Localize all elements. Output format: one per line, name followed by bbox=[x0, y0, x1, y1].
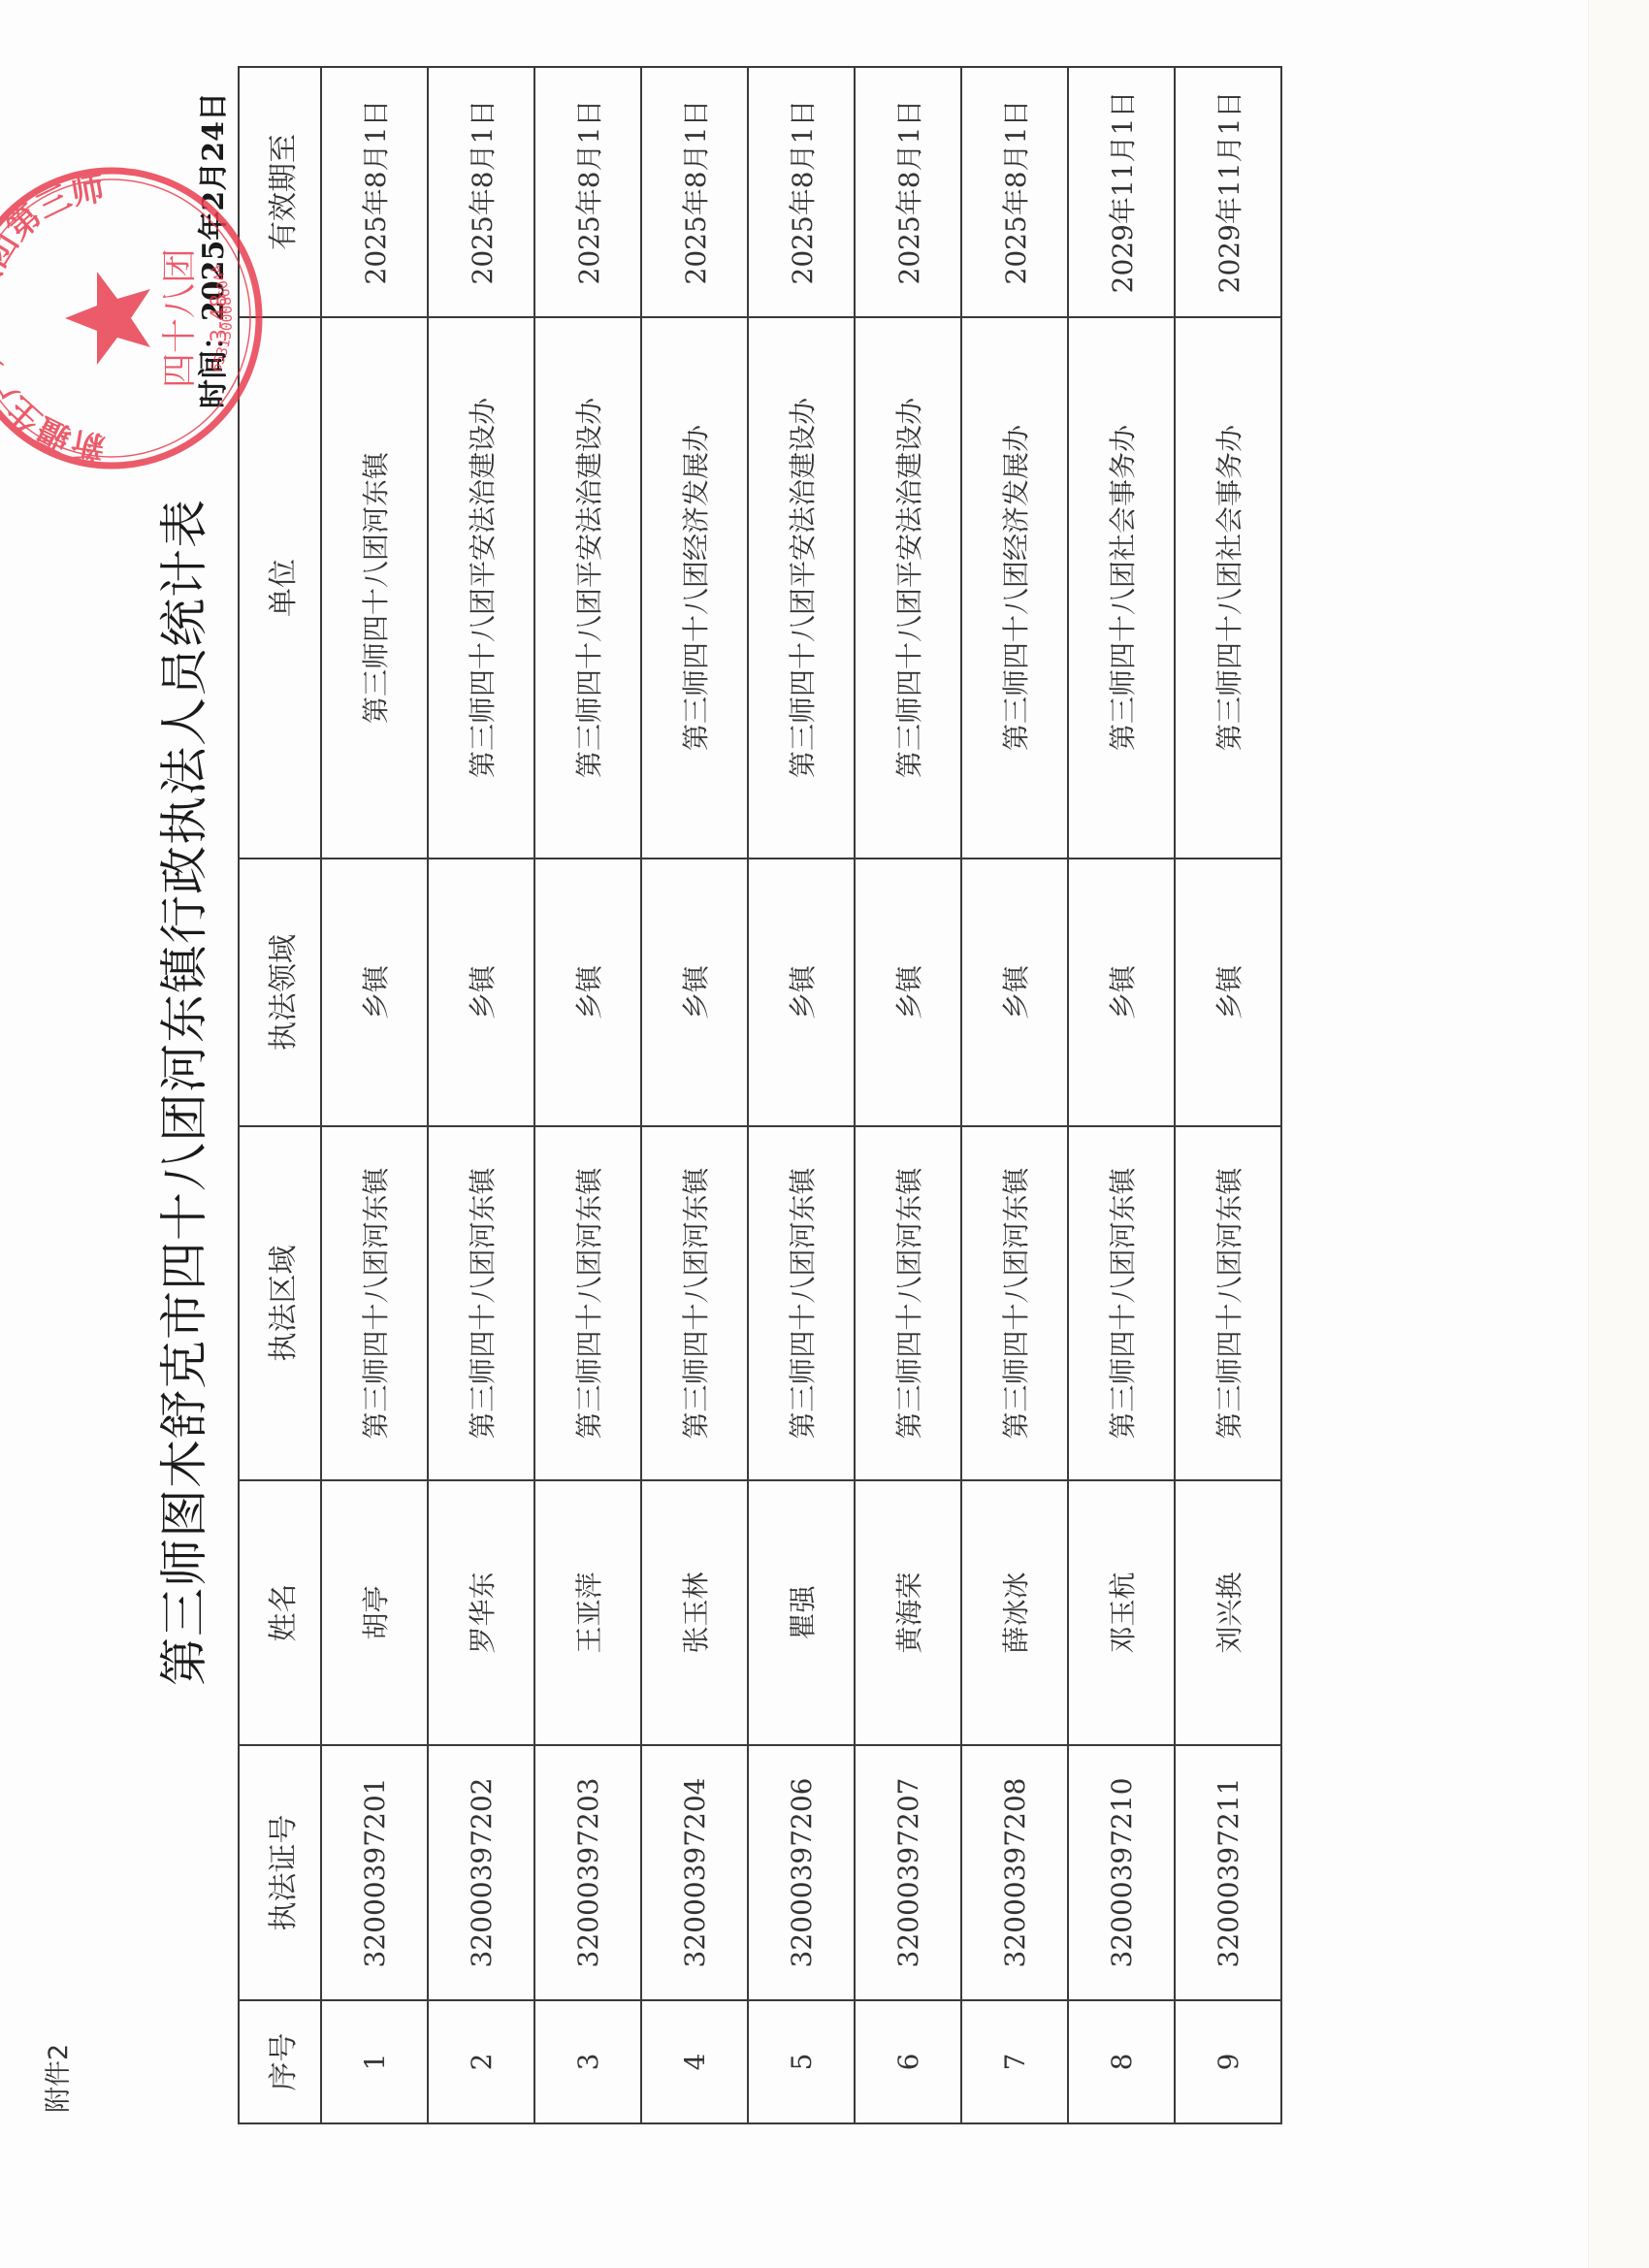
cell-valid-until: 2025年8月1日 bbox=[321, 67, 428, 317]
table-row: 132000397201胡亭第三师四十八团河东镇乡镇第三师四十八团河东镇2025… bbox=[321, 67, 428, 2123]
cell-unit: 第三师四十八团平安法治建设办 bbox=[748, 317, 855, 859]
cell-enforcement-area: 第三师四十八团河东镇 bbox=[1175, 1126, 1281, 1480]
cell-enforcement-area: 第三师四十八团河东镇 bbox=[1068, 1126, 1175, 1480]
cell-valid-until: 2025年8月1日 bbox=[534, 67, 641, 317]
cell-unit: 第三师四十八团平安法治建设办 bbox=[428, 317, 534, 859]
cell-enforcement-field: 乡镇 bbox=[961, 859, 1068, 1126]
document-date: 时间：2025年2月24日 bbox=[189, 92, 232, 408]
cell-serial: 5 bbox=[748, 2000, 855, 2123]
cell-valid-until: 2025年8月1日 bbox=[855, 67, 961, 317]
cell-serial: 3 bbox=[534, 2000, 641, 2123]
cell-unit: 第三师四十八团平安法治建设办 bbox=[855, 317, 961, 859]
cell-serial: 8 bbox=[1068, 2000, 1175, 2123]
date-value: 2025年2月24日 bbox=[197, 92, 231, 321]
cell-unit: 第三师四十八团社会事务办 bbox=[1175, 317, 1281, 859]
cell-enforcement-area: 第三师四十八团河东镇 bbox=[748, 1126, 855, 1480]
cell-enforcement-area: 第三师四十八团河东镇 bbox=[641, 1126, 748, 1480]
table-row: 232000397202罗华东第三师四十八团河东镇乡镇第三师四十八团平安法治建设… bbox=[428, 67, 534, 2123]
cell-enforcement-area: 第三师四十八团河东镇 bbox=[855, 1126, 961, 1480]
cell-enforcement-field: 乡镇 bbox=[855, 859, 961, 1126]
cell-cert-number: 32000397201 bbox=[321, 1745, 428, 2000]
header-name: 姓名 bbox=[239, 1480, 321, 1745]
cell-serial: 6 bbox=[855, 2000, 961, 2123]
cell-valid-until: 2025年8月1日 bbox=[961, 67, 1068, 317]
cell-cert-number: 32000397203 bbox=[534, 1745, 641, 2000]
cell-enforcement-field: 乡镇 bbox=[534, 859, 641, 1126]
cell-enforcement-area: 第三师四十八团河东镇 bbox=[534, 1126, 641, 1480]
cell-cert-number: 32000397204 bbox=[641, 1745, 748, 2000]
table-row: 832000397210邓玉杭第三师四十八团河东镇乡镇第三师四十八团社会事务办2… bbox=[1068, 67, 1175, 2123]
cell-name: 张玉林 bbox=[641, 1480, 748, 1745]
cell-unit: 第三师四十八团经济发展办 bbox=[961, 317, 1068, 859]
cell-enforcement-area: 第三师四十八团河东镇 bbox=[428, 1126, 534, 1480]
seal-outer-text: 新疆生产建设兵团第三师 bbox=[0, 169, 108, 467]
table-row: 532000397206瞿强第三师四十八团河东镇乡镇第三师四十八团平安法治建设办… bbox=[748, 67, 855, 2123]
cell-name: 黄海荣 bbox=[855, 1480, 961, 1745]
table-row: 932000397211刘兴换第三师四十八团河东镇乡镇第三师四十八团社会事务办2… bbox=[1175, 67, 1281, 2123]
cell-cert-number: 32000397202 bbox=[428, 1745, 534, 2000]
cell-unit: 第三师四十八团社会事务办 bbox=[1068, 317, 1175, 859]
cell-enforcement-field: 乡镇 bbox=[321, 859, 428, 1126]
attachment-label: 附件2 bbox=[37, 2044, 75, 2113]
header-valid-until: 有效期至 bbox=[239, 67, 321, 317]
cell-name: 罗华东 bbox=[428, 1480, 534, 1745]
document-sheet: 附件2 第三师图木舒克市四十八团河东镇行政执法人员统计表 时间：2025年2月2… bbox=[0, 0, 1649, 2268]
date-label: 时间： bbox=[197, 321, 231, 408]
cell-cert-number: 32000397208 bbox=[961, 1745, 1068, 2000]
cell-unit: 第三师四十八团经济发展办 bbox=[641, 317, 748, 859]
cell-unit: 第三师四十八团平安法治建设办 bbox=[534, 317, 641, 859]
cell-enforcement-area: 第三师四十八团河东镇 bbox=[321, 1126, 428, 1480]
header-cert-number: 执法证号 bbox=[239, 1745, 321, 2000]
cell-enforcement-field: 乡镇 bbox=[1068, 859, 1175, 1126]
table-row: 432000397204张玉林第三师四十八团河东镇乡镇第三师四十八团经济发展办2… bbox=[641, 67, 748, 2123]
svg-text:新疆生产建设兵团第三师: 新疆生产建设兵团第三师 bbox=[0, 169, 108, 467]
personnel-table: 序号 执法证号 姓名 执法区域 执法领域 单位 有效期至 13200039720… bbox=[238, 66, 1282, 2124]
cell-enforcement-field: 乡镇 bbox=[1175, 859, 1281, 1126]
cell-name: 薛冰冰 bbox=[961, 1480, 1068, 1745]
table-row: 332000397203王亚萍第三师四十八团河东镇乡镇第三师四十八团平安法治建设… bbox=[534, 67, 641, 2123]
header-enforcement-field: 执法领域 bbox=[239, 859, 321, 1126]
cell-enforcement-field: 乡镇 bbox=[428, 859, 534, 1126]
table-header-row: 序号 执法证号 姓名 执法区域 执法领域 单位 有效期至 bbox=[239, 67, 321, 2123]
cell-name: 邓玉杭 bbox=[1068, 1480, 1175, 1745]
cell-cert-number: 32000397207 bbox=[855, 1745, 961, 2000]
cell-enforcement-field: 乡镇 bbox=[641, 859, 748, 1126]
header-enforcement-area: 执法区域 bbox=[239, 1126, 321, 1480]
cell-serial: 4 bbox=[641, 2000, 748, 2123]
cell-enforcement-area: 第三师四十八团河东镇 bbox=[961, 1126, 1068, 1480]
cell-enforcement-field: 乡镇 bbox=[748, 859, 855, 1126]
header-unit: 单位 bbox=[239, 317, 321, 859]
cell-serial: 2 bbox=[428, 2000, 534, 2123]
cell-unit: 第三师四十八团河东镇 bbox=[321, 317, 428, 859]
cell-cert-number: 32000397211 bbox=[1175, 1745, 1281, 2000]
cell-serial: 7 bbox=[961, 2000, 1068, 2123]
cell-cert-number: 32000397206 bbox=[748, 1745, 855, 2000]
table-row: 632000397207黄海荣第三师四十八团河东镇乡镇第三师四十八团平安法治建设… bbox=[855, 67, 961, 2123]
cell-valid-until: 2025年8月1日 bbox=[428, 67, 534, 317]
cell-valid-until: 2025年8月1日 bbox=[641, 67, 748, 317]
cell-valid-until: 2029年11月1日 bbox=[1175, 67, 1281, 317]
cell-serial: 9 bbox=[1175, 2000, 1281, 2123]
cell-name: 王亚萍 bbox=[534, 1480, 641, 1745]
cell-serial: 1 bbox=[321, 2000, 428, 2123]
cell-name: 瞿强 bbox=[748, 1480, 855, 1745]
cell-valid-until: 2025年8月1日 bbox=[748, 67, 855, 317]
cell-name: 刘兴换 bbox=[1175, 1480, 1281, 1745]
table-row: 732000397208薛冰冰第三师四十八团河东镇乡镇第三师四十八团经济发展办2… bbox=[961, 67, 1068, 2123]
cell-cert-number: 32000397210 bbox=[1068, 1745, 1175, 2000]
cell-valid-until: 2029年11月1日 bbox=[1068, 67, 1175, 317]
cell-name: 胡亭 bbox=[321, 1480, 428, 1745]
header-serial: 序号 bbox=[239, 2000, 321, 2123]
